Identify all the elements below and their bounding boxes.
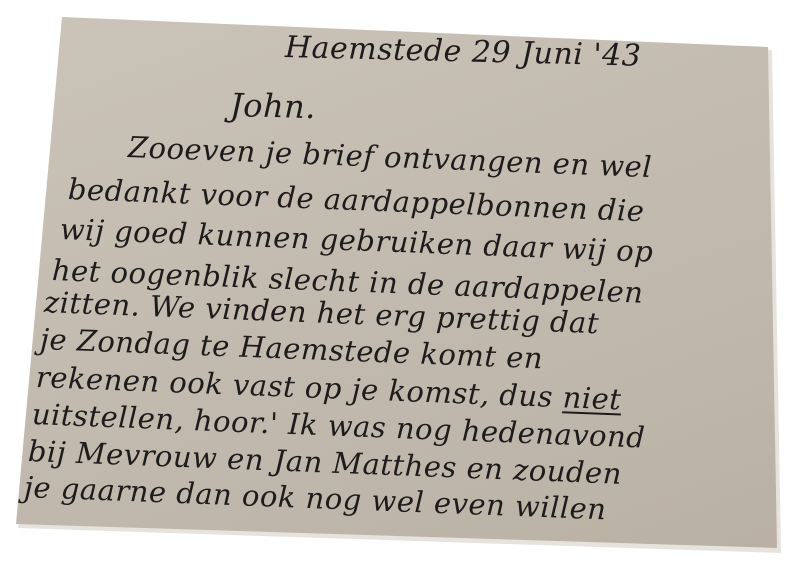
salutation: John. <box>230 86 317 126</box>
handwritten-postcard: Haemstede 29 Juni '43 John. Zooeven je b… <box>0 0 800 562</box>
place-date: Haemstede 29 Juni '43 <box>285 30 642 74</box>
underlined-word: niet <box>562 380 622 416</box>
letter-line-1: Zooeven je brief ontvangen en wel <box>127 130 652 184</box>
